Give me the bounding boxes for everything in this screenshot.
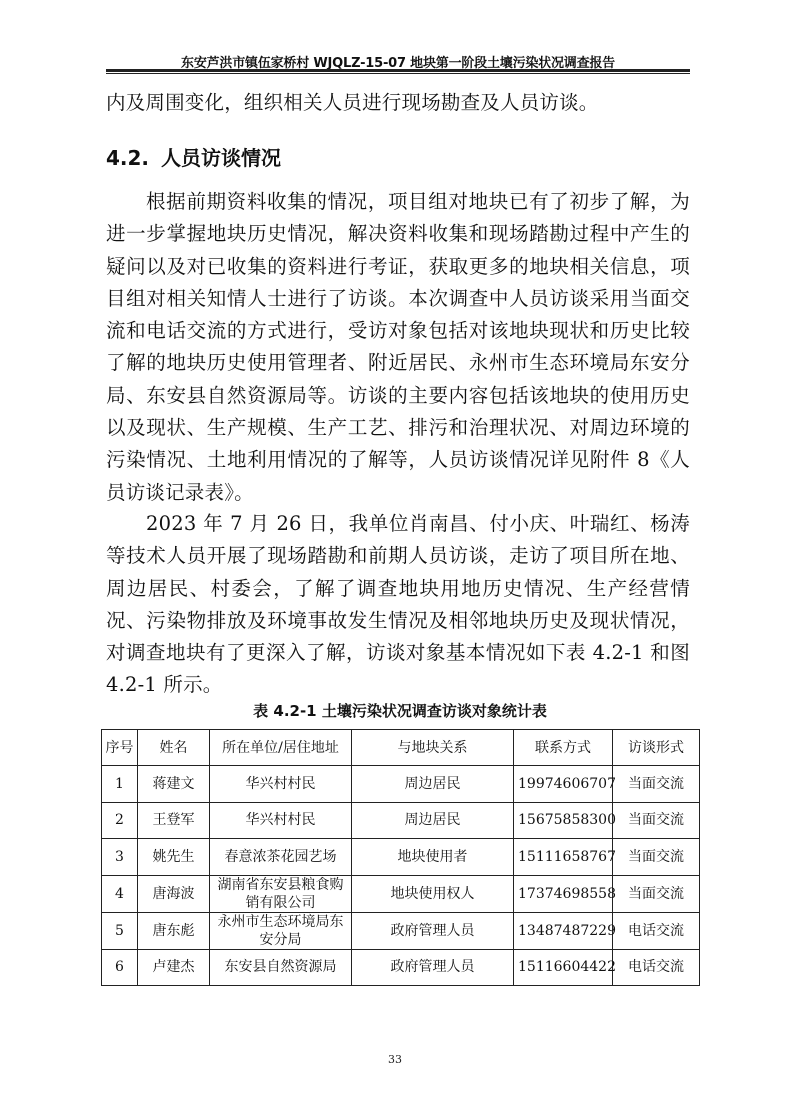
page-number: 33: [0, 1053, 790, 1066]
cell-contact: 15111658767: [514, 839, 613, 876]
section-heading: 4.2.人员访谈情况: [106, 143, 281, 173]
cell-index: 5: [102, 912, 138, 949]
cell-contact: 15116604422: [514, 949, 613, 986]
section-number: 4.2.: [106, 146, 149, 170]
cell-format: 电话交流: [613, 949, 700, 986]
cell-contact: 13487487229: [514, 912, 613, 949]
interviewee-table: 序号 姓名 所在单位/居住地址 与地块关系 联系方式 访谈形式 1 蒋建文 华兴…: [101, 729, 700, 986]
header-rule-thick: [106, 69, 690, 72]
cell-name: 姚先生: [138, 839, 210, 876]
header-rule-thin: [106, 73, 690, 74]
cell-name: 唐海波: [138, 875, 210, 912]
cell-address: 华兴村村民: [210, 802, 352, 839]
table-header-row: 序号 姓名 所在单位/居住地址 与地块关系 联系方式 访谈形式: [102, 730, 700, 766]
cell-contact: 19974606707: [514, 766, 613, 803]
cell-relation: 政府管理人员: [352, 949, 514, 986]
column-header: 联系方式: [514, 730, 613, 766]
header-rule: [106, 69, 690, 75]
column-header: 访谈形式: [613, 730, 700, 766]
paragraph-interview-overview: 根据前期资料收集的情况，项目组对地块已有了初步了解，为进一步掌握地块历史情况，解…: [106, 186, 690, 509]
cell-contact: 15675858300: [514, 802, 613, 839]
cell-relation: 政府管理人员: [352, 912, 514, 949]
cell-name: 唐东彪: [138, 912, 210, 949]
table-row: 2 王登军 华兴村村民 周边居民 15675858300 当面交流: [102, 802, 700, 839]
cell-index: 6: [102, 949, 138, 986]
table-caption: 表 4.2-1 土壤污染状况调查访谈对象统计表: [101, 700, 699, 722]
cell-address: 华兴村村民: [210, 766, 352, 803]
cell-relation: 地块使用权人: [352, 875, 514, 912]
cell-relation: 周边居民: [352, 766, 514, 803]
column-header: 与地块关系: [352, 730, 514, 766]
cell-name: 卢建杰: [138, 949, 210, 986]
cell-name: 蒋建文: [138, 766, 210, 803]
paragraph-site-visit: 2023 年 7 月 26 日，我单位肖南昌、付小庆、叶瑞红、杨涛等技术人员开展…: [106, 508, 690, 702]
cell-address: 湖南省东安县粮食购销有限公司: [210, 875, 352, 912]
cell-index: 2: [102, 802, 138, 839]
table-row: 6 卢建杰 东安县自然资源局 政府管理人员 15116604422 电话交流: [102, 949, 700, 986]
cell-index: 1: [102, 766, 138, 803]
cell-format: 当面交流: [613, 839, 700, 876]
cell-format: 电话交流: [613, 912, 700, 949]
section-title: 人员访谈情况: [161, 146, 281, 170]
cell-contact: 17374698558: [514, 875, 613, 912]
column-header: 姓名: [138, 730, 210, 766]
cell-address: 东安县自然资源局: [210, 949, 352, 986]
cell-format: 当面交流: [613, 875, 700, 912]
table-row: 3 姚先生 春意浓茶花园艺场 地块使用者 15111658767 当面交流: [102, 839, 700, 876]
cell-format: 当面交流: [613, 766, 700, 803]
column-header: 所在单位/居住地址: [210, 730, 352, 766]
table-row: 5 唐东彪 永州市生态环境局东安分局 政府管理人员 13487487229 电话…: [102, 912, 700, 949]
cell-name: 王登军: [138, 802, 210, 839]
cell-address: 永州市生态环境局东安分局: [210, 912, 352, 949]
cell-relation: 地块使用者: [352, 839, 514, 876]
paragraph-continuation: 内及周围变化，组织相关人员进行现场勘查及人员访谈。: [106, 87, 690, 119]
cell-address: 春意浓茶花园艺场: [210, 839, 352, 876]
cell-index: 3: [102, 839, 138, 876]
table-row: 4 唐海波 湖南省东安县粮食购销有限公司 地块使用权人 17374698558 …: [102, 875, 700, 912]
column-header: 序号: [102, 730, 138, 766]
cell-index: 4: [102, 875, 138, 912]
cell-relation: 周边居民: [352, 802, 514, 839]
table-row: 1 蒋建文 华兴村村民 周边居民 19974606707 当面交流: [102, 766, 700, 803]
cell-format: 当面交流: [613, 802, 700, 839]
